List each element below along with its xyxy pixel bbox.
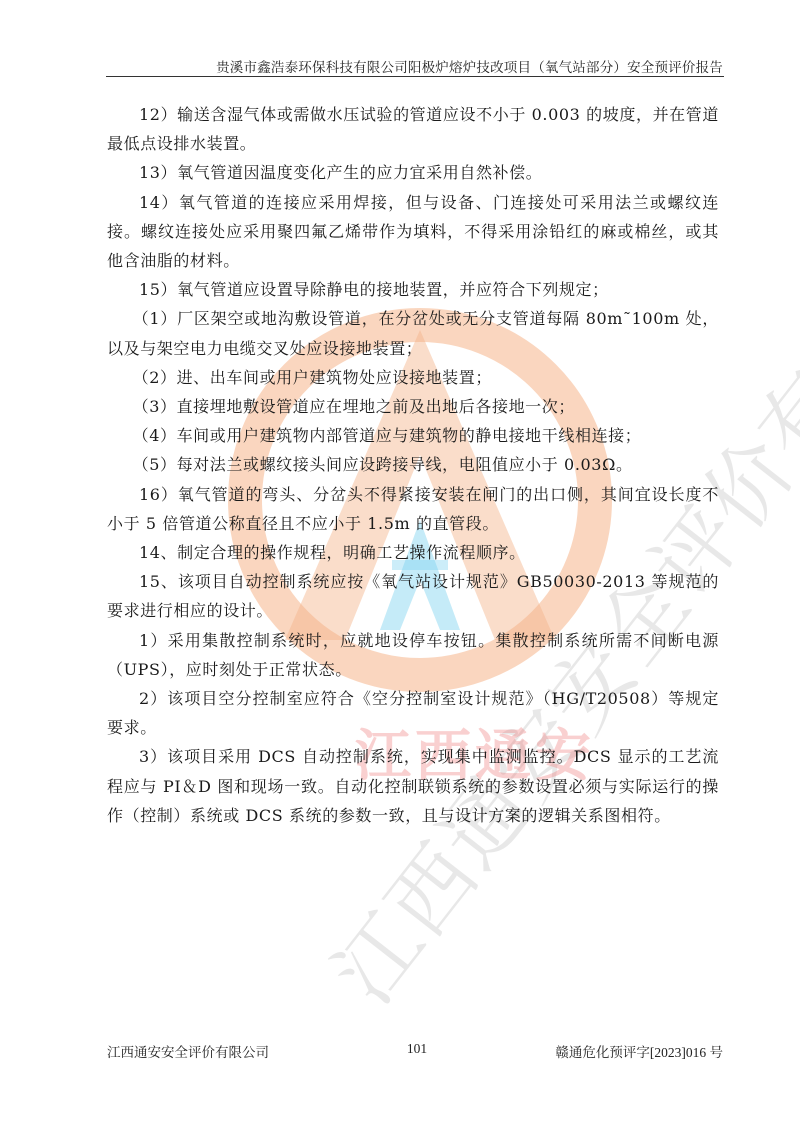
page-header-title: 贵溪市鑫浩泰环保科技有限公司阳极炉熔炉技改项目（氧气站部分）安全预评价报告: [107, 56, 723, 76]
subitem-4: （4）车间或用户建筑物内部管道应与建筑物的静电接地干线相连接；: [107, 421, 719, 450]
footer-doc-number: 赣通危化预评字[2023]016 号: [555, 1041, 723, 1061]
paragraph-item-15: 15）氧气管道应设置导除静电的接地装置，并应符合下列规定；: [107, 275, 719, 304]
section-15-item-2: 2）该项目空分控制室应符合《空分控制室设计规范》（HG/T20508）等规定要求…: [107, 684, 719, 742]
section-15-item-1: 1）采用集散控制系统时，应就地设停车按钮。集散控制系统所需不间断电源（UPS），…: [107, 626, 719, 684]
paragraph-item-14: 14）氧气管道的连接应采用焊接，但与设备、门连接处可采用法兰或螺纹连接。螺纹连接…: [107, 188, 719, 276]
header-divider: [106, 76, 724, 77]
paragraph-item-12: 12）输送含湿气体或需做水压试验的管道应设不小于 0.003 的坡度，并在管道最…: [107, 100, 719, 158]
page-footer: 江西通安安全评价有限公司 101 赣通危化预评字[2023]016 号: [107, 1041, 723, 1061]
footer-company: 江西通安安全评价有限公司: [107, 1041, 269, 1061]
section-15: 15、该项目自动控制系统应按《氧气站设计规范》GB50030-2013 等规范的…: [107, 567, 719, 625]
paragraph-item-16: 16）氧气管道的弯头、分岔头不得紧接安装在闸门的出口侧，其间宜设长度不小于 5 …: [107, 480, 719, 538]
document-page: 江西通安安全评价有限公司 江西通安 贵溪市鑫浩泰环保科技有限公司阳极炉熔炉技改项…: [0, 0, 800, 1131]
subitem-5: （5）每对法兰或螺纹接头间应设跨接导线，电阻值应小于 0.03Ω。: [107, 450, 719, 479]
paragraph-item-13: 13）氧气管道因温度变化产生的应力宜采用自然补偿。: [107, 158, 719, 187]
body-content: 12）输送含湿气体或需做水压试验的管道应设不小于 0.003 的坡度，并在管道最…: [107, 100, 719, 830]
page-number: 101: [397, 1041, 437, 1057]
subitem-2: （2）进、出车间或用户建筑物处应设接地装置；: [107, 363, 719, 392]
subitem-3: （3）直接埋地敷设管道应在埋地之前及出地后各接地一次；: [107, 392, 719, 421]
section-15-item-3: 3）该项目采用 DCS 自动控制系统，实现集中监测监控。DCS 显示的工艺流程应…: [107, 742, 719, 830]
subitem-1: （1）厂区架空或地沟敷设管道，在分岔处或无分支管道每隔 80m˜100m 处，以…: [107, 304, 719, 362]
section-14: 14、制定合理的操作规程，明确工艺操作流程顺序。: [107, 538, 719, 567]
